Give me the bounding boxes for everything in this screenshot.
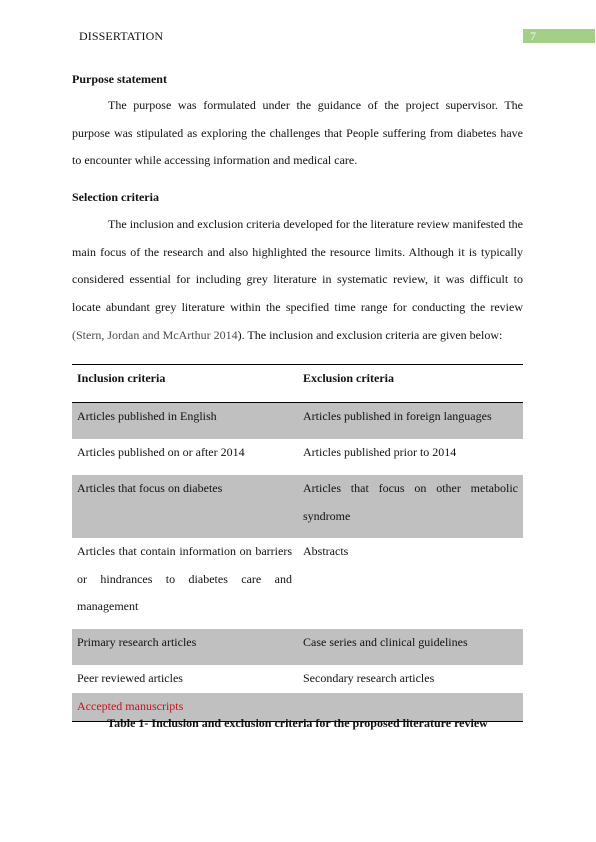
inclusion-cell: Peer reviewed articles bbox=[72, 665, 298, 693]
table-header-row: Inclusion criteria Exclusion criteria bbox=[72, 365, 523, 403]
inclusion-cell: Articles that contain information on bar… bbox=[72, 538, 298, 629]
criteria-table: Inclusion criteria Exclusion criteria Ar… bbox=[72, 364, 523, 722]
header-inclusion: Inclusion criteria bbox=[72, 365, 298, 402]
table-row: Articles that focus on diabetesArticles … bbox=[72, 475, 523, 538]
paragraph-text: The inclusion and exclusion criteria dev… bbox=[72, 217, 523, 314]
paragraph-selection: The inclusion and exclusion criteria dev… bbox=[72, 211, 523, 350]
table-caption: Table 1- Inclusion and exclusion criteri… bbox=[72, 716, 523, 731]
exclusion-cell: Case series and clinical guidelines bbox=[298, 629, 523, 665]
table-row: Articles published on or after 2014Artic… bbox=[72, 439, 523, 475]
inclusion-cell: Primary research articles bbox=[72, 629, 298, 665]
heading-purpose-statement: Purpose statement bbox=[72, 72, 167, 87]
table-row: Articles that contain information on bar… bbox=[72, 538, 523, 629]
exclusion-cell: Articles that focus on other metabolic s… bbox=[298, 475, 523, 538]
heading-selection-criteria: Selection criteria bbox=[72, 190, 159, 205]
paragraph-text-end: ). The inclusion and exclusion criteria … bbox=[238, 328, 503, 342]
table-row: Peer reviewed articlesSecondary research… bbox=[72, 665, 523, 693]
exclusion-cell: Secondary research articles bbox=[298, 665, 523, 693]
table-row: Primary research articlesCase series and… bbox=[72, 629, 523, 665]
exclusion-cell: Articles published in foreign languages bbox=[298, 403, 523, 439]
inclusion-cell: Articles published on or after 2014 bbox=[72, 439, 298, 475]
inclusion-cell: Articles that focus on diabetes bbox=[72, 475, 298, 538]
page-number: 7 bbox=[523, 29, 595, 43]
header-title: DISSERTATION bbox=[79, 29, 163, 44]
exclusion-cell: Articles published prior to 2014 bbox=[298, 439, 523, 475]
table-body: Articles published in EnglishArticles pu… bbox=[72, 403, 523, 721]
header-exclusion: Exclusion criteria bbox=[298, 365, 523, 402]
paragraph-purpose: The purpose was formulated under the gui… bbox=[72, 92, 523, 175]
inclusion-cell: Articles published in English bbox=[72, 403, 298, 439]
table-row: Articles published in EnglishArticles pu… bbox=[72, 403, 523, 439]
citation: (Stern, Jordan and McArthur 2014 bbox=[72, 328, 238, 342]
exclusion-cell: Abstracts bbox=[298, 538, 523, 629]
